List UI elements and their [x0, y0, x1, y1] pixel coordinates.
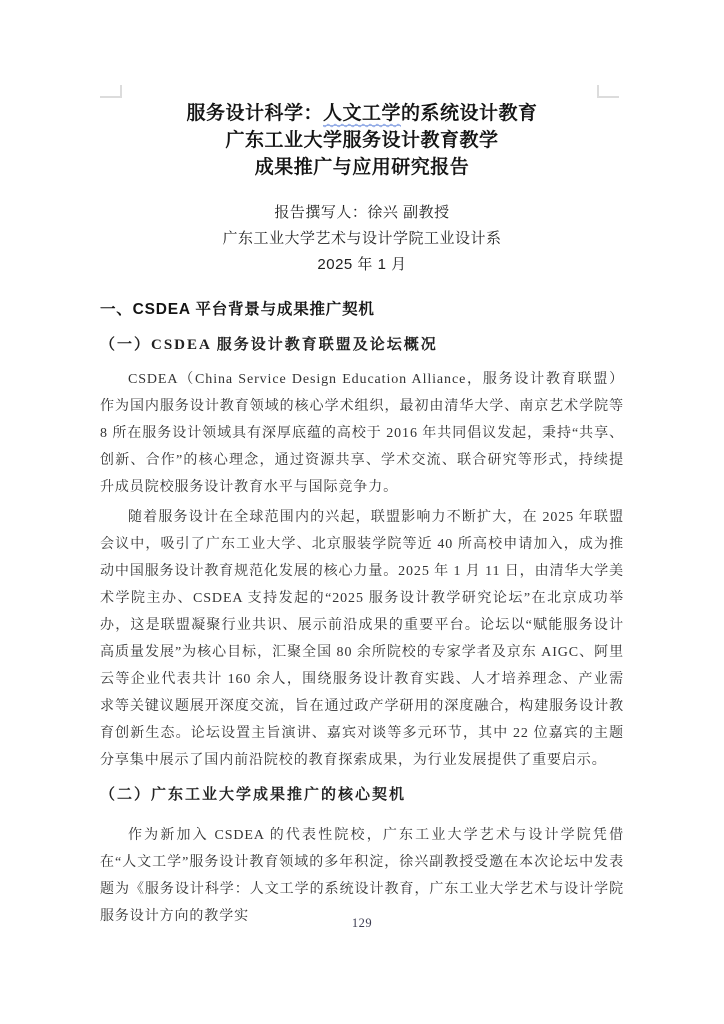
report-title-line-3: 成果推广与应用研究报告: [100, 154, 624, 181]
subsection-2-heading: （二）广东工业大学成果推广的核心契机: [100, 782, 624, 808]
report-title: 服务设计科学：人文工学的系统设计教育 广东工业大学服务设计教育教学 成果推广与应…: [100, 100, 624, 181]
subsection-1-heading: （一）CSDEA 服务设计教育联盟及论坛概况: [100, 332, 624, 358]
document-content: 服务设计科学：人文工学的系统设计教育 广东工业大学服务设计教育教学 成果推广与应…: [100, 0, 624, 930]
paragraph-2: 随着服务设计在全球范围内的兴起，联盟影响力不断扩大，在 2025 年联盟会议中，…: [100, 504, 624, 774]
paragraph-1: CSDEA（China Service Design Education All…: [100, 366, 624, 501]
report-title-line-1: 服务设计科学：人文工学的系统设计教育: [100, 100, 624, 127]
report-meta: 报告撰写人：徐兴 副教授 广东工业大学艺术与设计学院工业设计系 2025 年 1…: [100, 200, 624, 278]
paragraph-3: 作为新加入 CSDEA 的代表性院校，广东工业大学艺术与设计学院凭借在“人文工学…: [100, 822, 624, 930]
grammar-underlined-text: 人文工学: [323, 103, 401, 126]
report-affiliation: 广东工业大学艺术与设计学院工业设计系: [100, 226, 624, 252]
report-date: 2025 年 1 月: [100, 252, 624, 278]
title-line1-pre: 服务设计科学：: [186, 103, 323, 124]
document-page: 服务设计科学：人文工学的系统设计教育 广东工业大学服务设计教育教学 成果推广与应…: [0, 0, 724, 1024]
report-author: 报告撰写人：徐兴 副教授: [100, 200, 624, 226]
title-line1-post: 的系统设计教育: [401, 103, 538, 124]
page-number: 129: [0, 916, 724, 931]
section-1-heading: 一、CSDEA 平台背景与成果推广契机: [100, 297, 624, 323]
report-title-line-2: 广东工业大学服务设计教育教学: [100, 127, 624, 154]
